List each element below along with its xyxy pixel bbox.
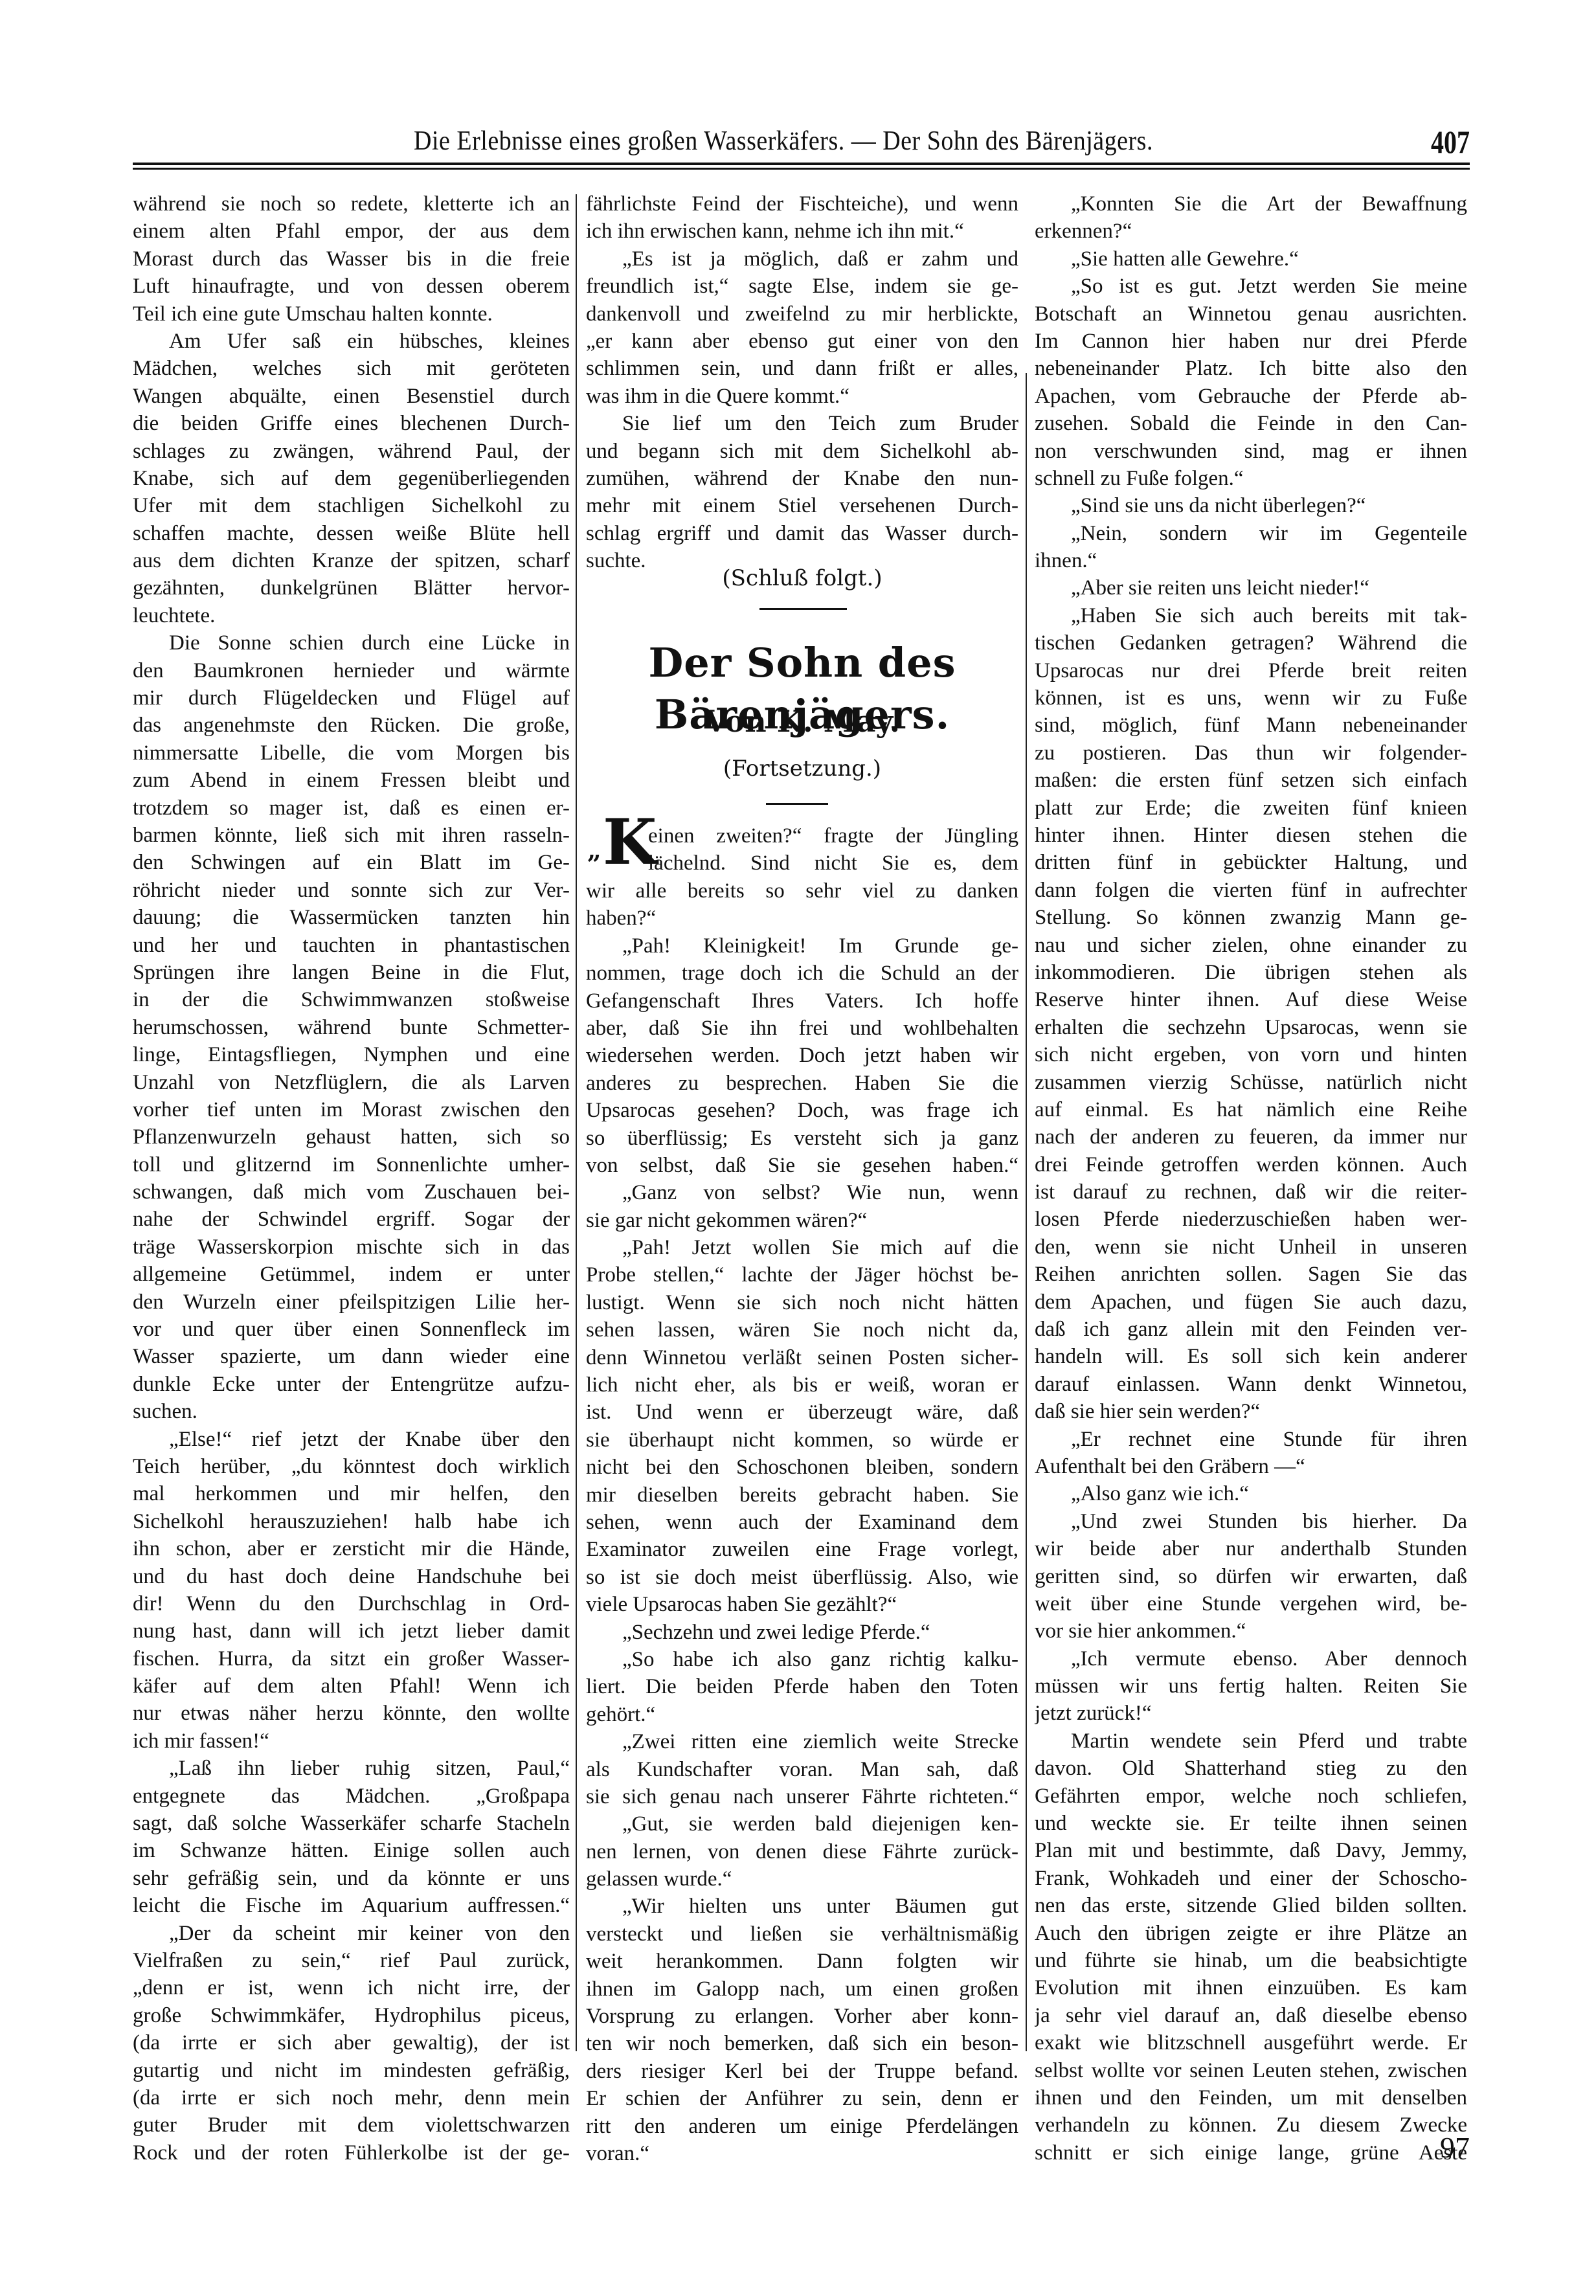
text-line: nach der anderen zu feueren, da immer nu… <box>1035 1123 1467 1151</box>
text-line: Pflanzenwurzeln gehaust hatten, sich so <box>133 1123 570 1151</box>
text-line: (da irrte er sich aber gewaltig), der is… <box>133 2029 570 2056</box>
text-line: liert. Die beiden Pferde haben den Toten <box>586 1673 1018 1700</box>
text-line: allgemeine Getümmel, indem er unter <box>133 1261 570 1288</box>
text-line: selbst wollte vor seinen Leuten stehen, … <box>1035 2057 1467 2084</box>
text-line: Gefangenschaft Ihres Vaters. Ich hoffe <box>586 987 1018 1015</box>
text-line: käfer auf dem alten Pfahl! Wenn ich <box>133 1672 570 1700</box>
text-line: „So ist es gut. Jetzt werden Sie meine <box>1035 273 1467 300</box>
text-line: inkommodieren. Die übrigen stehen als <box>1035 959 1467 986</box>
text-line: ihnen.“ <box>1035 547 1467 574</box>
text-line: röhricht nieder und sonnte sich zur Ver- <box>133 877 570 904</box>
text-line: den Schwingen auf ein Blatt im Ge- <box>133 849 570 876</box>
text-line: lustigt. Wenn sie sich noch nicht hätten <box>586 1289 1018 1316</box>
text-line: sich nicht ergeben, von vorn und hinten <box>1035 1041 1467 1068</box>
text-line: Die Sonne schien durch eine Lücke in <box>133 629 570 657</box>
text-line: ritt den anderen um einige Pferdelängen <box>586 2113 1018 2140</box>
sheet-number: 97 <box>1440 2130 1470 2165</box>
text-line: „Sind sie uns da nicht überlegen?“ <box>1035 492 1467 519</box>
text-line: in der die Schwimmwanzen stoßweise <box>133 986 570 1013</box>
text-line: sehr gefräßig sein, und da könnte er uns <box>133 1865 570 1892</box>
text-line: fischen. Hurra, da sitzt ein großer Wass… <box>133 1645 570 1672</box>
text-line: dir! Wenn du den Durchschlag in Ord- <box>133 1590 570 1617</box>
text-line: leicht die Fische im Aquarium auffressen… <box>133 1892 570 1919</box>
text-line: Knabe, sich auf dem gegenüberliegenden <box>133 465 570 492</box>
text-line: „denn er ist, wenn ich nicht irre, der <box>133 1974 570 2001</box>
text-line: anderes zu besprechen. Haben Sie die <box>586 1070 1018 1097</box>
text-line: Er schien der Anführer zu sein, denn er <box>586 2085 1018 2112</box>
text-line: schlag ergriff und damit das Wasser durc… <box>586 520 1018 547</box>
text-line: Botschaft an Winnetou genau ausrichten. <box>1035 300 1467 328</box>
text-line: und her und tauchten in phantastischen <box>133 932 570 959</box>
text-line: Wangen abquälte, einen Besenstiel durch <box>133 383 570 410</box>
text-line: ihnen im Galopp nach, um einen großen <box>586 1975 1018 2003</box>
text-line: daß sie hier sein werden?“ <box>1035 1398 1467 1425</box>
text-line: „Nein, sondern wir im Gegenteile <box>1035 520 1467 547</box>
title-rule <box>766 803 828 805</box>
text-line: „Aber sie reiten uns leicht nieder!“ <box>1035 574 1467 602</box>
text-line: „Der da scheint mir keiner von den <box>133 1920 570 1947</box>
text-line: toll und glitzernd im Sonnenlichte umher… <box>133 1151 570 1178</box>
text-line: schlimmen sein, und dann frißt er alles, <box>586 355 1018 382</box>
text-line: sind, möglich, fünf Mann nebeneinander <box>1035 712 1467 739</box>
text-line: ja sehr viel darauf an, daß dieselbe ebe… <box>1035 2002 1467 2029</box>
text-line: leuchtete. <box>133 602 570 629</box>
text-line: dankenvoll und zweifelnd zu mir herblick… <box>586 300 1018 328</box>
column-3: „Konnten Sie die Art der Bewaffnungerken… <box>1035 190 1467 2167</box>
text-line: „Konnten Sie die Art der Bewaffnung <box>1035 190 1467 218</box>
text-line: schnell zu Fuße folgen.“ <box>1035 465 1467 492</box>
text-line: im Schwanze hätten. Einige sollen auch <box>133 1837 570 1864</box>
text-line: Upsarocas nur drei Pferde breit reiten <box>1035 657 1467 684</box>
header-rule-top <box>133 163 1470 165</box>
text-line: schnitt er sich einige lange, grüne Aest… <box>1035 2139 1467 2167</box>
text-line: gelassen wurde.“ <box>586 1865 1018 1893</box>
text-line: verhandeln zu können. Zu diesem Zwecke <box>1035 2111 1467 2139</box>
text-line: sie überhaupt nicht kommen, so würde er <box>586 1426 1018 1454</box>
text-line: zum Abend in einem Fressen bleibt und <box>133 767 570 794</box>
text-line: Upsarocas gesehen? Doch, was frage ich <box>586 1097 1018 1124</box>
text-line: dann folgen die vierten fünf in aufrecht… <box>1035 877 1467 904</box>
text-line: mehr mit einem Stiel versehenen Durch- <box>586 492 1018 519</box>
text-line: ist darauf zu rechnen, daß wir die reite… <box>1035 1178 1467 1206</box>
text-line: einen zweiten?“ fragte der Jüngling <box>648 822 1018 850</box>
text-line: „Else!“ rief jetzt der Knabe über den <box>133 1426 570 1453</box>
text-line: ich mir fassen!“ <box>133 1728 570 1755</box>
text-line: freundlich ist,“ sagte Else, indem sie g… <box>586 273 1018 300</box>
text-line: weit über eine Stunde vergehen wird, be- <box>1035 1590 1467 1617</box>
text-line: Plan mit und bestimmte, daß Davy, Jemmy, <box>1035 1837 1467 1864</box>
column-divider-2 <box>1026 373 1027 2051</box>
text-line: davon. Old Shatterhand stieg zu den <box>1035 1755 1467 1782</box>
text-line: „Sechzehn und zwei ledige Pferde.“ <box>586 1619 1018 1646</box>
text-line: handeln will. Es soll sich kein anderer <box>1035 1343 1467 1370</box>
text-line: suchen. <box>133 1398 570 1425</box>
text-line: nimmersatte Libelle, die vom Morgen bis <box>133 739 570 767</box>
text-line: platt zur Erde; die zweiten fünf knieen <box>1035 794 1467 822</box>
text-line: nommen, trage doch ich die Schuld an der <box>586 960 1018 987</box>
text-line: Martin wendete sein Pferd und trabte <box>1035 1728 1467 1755</box>
text-line: sie gar nicht gekommen wären?“ <box>586 1207 1018 1234</box>
text-line: exakt wie blitzschnell ausgeführt werde.… <box>1035 2029 1467 2056</box>
text-line: ten wir noch bemerken, daß sich ein beso… <box>586 2030 1018 2057</box>
column-2-story-body: wir alle bereits so sehr viel zu dankenh… <box>586 877 1018 2167</box>
text-line: wir beide aber nur anderthalb Stunden <box>1035 1535 1467 1562</box>
text-line: fährlichste Feind der Fischteiche), und … <box>586 190 1018 218</box>
text-line: Auch den übrigen zeigte er ihre Plätze a… <box>1035 1920 1467 1947</box>
text-line: zusehen. Sobald die Feinde in den Can- <box>1035 410 1467 437</box>
text-line: mir dieselben bereits gebracht haben. Si… <box>586 1481 1018 1509</box>
text-line: dem Apachen, und fügen Sie auch dazu, <box>1035 1289 1467 1316</box>
running-header-title: Die Erlebnisse eines großen Wasserkäfers… <box>272 126 1295 161</box>
text-line: was ihm in die Quere kommt.“ <box>586 383 1018 410</box>
text-line: den, wenn sie nicht Unheil in unseren <box>1035 1233 1467 1261</box>
text-line: dunkle Ecke unter der Entengrütze aufzu- <box>133 1371 570 1398</box>
text-line: gehört.“ <box>586 1701 1018 1728</box>
text-line: „Sie hatten alle Gewehre.“ <box>1035 245 1467 273</box>
text-line: Am Ufer saß ein hübsches, kleines <box>133 328 570 355</box>
text-line: geritten sind, so dürfen wir erwarten, d… <box>1035 1563 1467 1590</box>
text-line: weit herankommen. Dann folgten wir <box>586 1948 1018 1975</box>
text-line: erkennen?“ <box>1035 218 1467 245</box>
text-line: Frank, Wohkadeh und einer der Schoscho- <box>1035 1865 1467 1892</box>
text-line: und du hast doch deine Handschuhe bei <box>133 1563 570 1590</box>
text-line: und weckte sie. Er teilte ihnen seinen <box>1035 1810 1467 1837</box>
text-line: Im Cannon hier haben nur drei Pferde <box>1035 328 1467 355</box>
text-line: voran.“ <box>586 2140 1018 2167</box>
text-line: „Ganz von selbst? Wie nun, wenn <box>586 1179 1018 1206</box>
text-line: Aufenthalt bei den Gräbern —“ <box>1035 1453 1467 1480</box>
byline: Von K. May. <box>586 702 1018 741</box>
text-line: Examinator zuweilen eine Frage vorlegt, <box>586 1536 1018 1563</box>
text-line: „Wir hielten uns unter Bäumen gut <box>586 1893 1018 1920</box>
text-line: ist. Und wenn er überzeugt wäre, daß <box>586 1399 1018 1426</box>
text-line: drei Feinde getroffen werden können. Auc… <box>1035 1151 1467 1178</box>
text-line: „Es ist ja möglich, daß er zahm und <box>586 245 1018 273</box>
text-line: Evolution mit ihnen einzuüben. Es kam <box>1035 1974 1467 2001</box>
text-line: können, ist es uns, wenn wir zu Fuße <box>1035 684 1467 712</box>
text-line: Stellung. So können zwanzig Mann ge- <box>1035 904 1467 931</box>
text-line: Unzahl von Netzflüglern, die als Larven <box>133 1069 570 1096</box>
text-line: „er kann aber ebenso gut einer von den <box>586 328 1018 355</box>
text-line: daß ich ganz allein mit den Feinden ver- <box>1035 1316 1467 1343</box>
text-line: „Ich vermute ebenso. Aber dennoch <box>1035 1645 1467 1672</box>
text-line: zusammen vierzig Schüsse, natürlich nich… <box>1035 1069 1467 1096</box>
article-title: Der Sohn des Bärenjägers. <box>586 637 1018 689</box>
text-line: Reihen anrichten sollen. Sagen Sie das <box>1035 1261 1467 1288</box>
text-line: „Gut, sie werden bald diejenigen ken- <box>586 1810 1018 1838</box>
text-line: non verschwunden sind, mag er ihnen <box>1035 438 1467 465</box>
text-line: das angenehmste den Rücken. Die große, <box>133 712 570 739</box>
separator-rule <box>759 608 847 610</box>
text-line: die beiden Griffe eines blechenen Durch- <box>133 410 570 437</box>
text-line: Gefährten empor, welche noch schliefen, <box>1035 1783 1467 1810</box>
text-line: und begann sich mit dem Sichelkohl ab- <box>586 438 1018 465</box>
text-line: Probe stellen,“ lachte der Jäger höchst … <box>586 1261 1018 1289</box>
text-line: einem alten Pfahl empor, der aus dem <box>133 218 570 245</box>
text-line: Rock und der roten Fühlerkolbe ist der g… <box>133 2139 570 2167</box>
text-line: viele Upsarocas haben Sie gezählt?“ <box>586 1591 1018 1618</box>
text-line: ders riesiger Kerl bei der Truppe befand… <box>586 2058 1018 2085</box>
text-line: barmen könnte, ließ sich mit ihren rasse… <box>133 822 570 849</box>
text-line: so ist sie doch meist überflüssig. Also,… <box>586 1564 1018 1591</box>
text-line: gutartig und nicht im mindesten gefräßig… <box>133 2057 570 2084</box>
text-line: wir alle bereits so sehr viel zu danken <box>586 877 1018 905</box>
column-1: während sie noch so redete, kletterte ic… <box>133 190 570 2167</box>
text-line: aber, daß Sie ihn frei und wohlbehalten <box>586 1015 1018 1042</box>
text-line: wiedersehen werden. Doch jetzt haben wir <box>586 1042 1018 1069</box>
text-line: „Haben Sie sich auch bereits mit tak- <box>1035 602 1467 629</box>
column-divider-1 <box>576 194 577 2051</box>
text-line: „Pah! Jetzt wollen Sie mich auf die <box>586 1234 1018 1261</box>
text-line: als Kundschafter voran. Man sah, daß <box>586 1756 1018 1783</box>
text-line: Sprüngen ihre langen Beine in die Flut, <box>133 959 570 986</box>
text-line: nur etwas näher herzu könnte, den wollte <box>133 1700 570 1727</box>
text-line: schwangen, daß mich vom Zuschauen bei- <box>133 1178 570 1206</box>
text-line: herumschossen, während bunte Schmetter- <box>133 1014 570 1041</box>
text-line: ihnen und den Feinden, um mit denselben <box>1035 2084 1467 2111</box>
text-line: Sie lief um den Teich zum Bruder <box>586 410 1018 437</box>
text-line: „Also ganz wie ich.“ <box>1035 1480 1467 1507</box>
text-line: linge, Eintagsfliegen, Nymphen und eine <box>133 1041 570 1068</box>
text-line: trotzdem so mager ist, daß es einen er- <box>133 794 570 822</box>
text-line: nung hast, dann will ich jetzt lieber da… <box>133 1617 570 1645</box>
text-line: lich nicht eher, als bis er weiß, woran … <box>586 1371 1018 1399</box>
text-line: guter Bruder mit dem violettschwarzen <box>133 2111 570 2139</box>
page-number: 407 <box>1431 123 1470 161</box>
text-line: sagt, daß solche Wasserkäfer scharfe Sta… <box>133 1810 570 1837</box>
text-line: entgegnete das Mädchen. „Großpapa <box>133 1783 570 1810</box>
text-line: hinter ihnen. Hinter diesen stehen die <box>1035 822 1467 849</box>
text-line: von selbst, daß Sie sie gesehen haben.“ <box>586 1152 1018 1179</box>
text-line: sie sich genau nach unserer Fährte richt… <box>586 1783 1018 1810</box>
drop-cap-lines: einen zweiten?“ fragte der Jünglingläche… <box>648 822 1018 877</box>
column-2-story-end: fährlichste Feind der Fischteiche), und … <box>586 190 1018 574</box>
text-line: zumühen, während der Knabe den nun- <box>586 465 1018 492</box>
text-line: Apachen, vom Gebrauche der Pferde ab- <box>1035 383 1467 410</box>
text-line: große Schwimmkäfer, Hydrophilus piceus, <box>133 2002 570 2029</box>
text-line: mal herkommen und mir helfen, den <box>133 1480 570 1507</box>
text-line: losen Pferde niederzuschießen haben wer- <box>1035 1206 1467 1233</box>
opening-quote: „ <box>587 821 601 879</box>
text-line: tischen Gedanken getragen? Während die <box>1035 629 1467 657</box>
text-line: „Zwei ritten eine ziemlich weite Strecke <box>586 1728 1018 1755</box>
text-line: „Laß ihn lieber ruhig sitzen, Paul,“ <box>133 1755 570 1782</box>
text-line: träge Wasserskorpion mischte sich in das <box>133 1233 570 1261</box>
text-line: „Er rechnet eine Stunde für ihren <box>1035 1426 1467 1453</box>
text-line: ich ihn erwischen kann, nehme ich ihn mi… <box>586 218 1018 245</box>
text-line: zu postieren. Das thun wir folgender- <box>1035 739 1467 767</box>
text-line: den Baumkronen hernieder und wärmte <box>133 657 570 684</box>
text-line: haben?“ <box>586 905 1018 932</box>
text-line: sehen, wenn auch der Examinand dem <box>586 1509 1018 1536</box>
text-line: Vielfraßen zu sein,“ rief Paul zurück, <box>133 1947 570 1974</box>
text-line: nau und sicher zielen, ohne einander zu <box>1035 932 1467 959</box>
text-line: denn Winnetou verläßt seinen Posten sich… <box>586 1344 1018 1371</box>
text-line: „Und zwei Stunden bis hierher. Da <box>1035 1508 1467 1535</box>
text-line: sehen lassen, wären Sie noch nicht da, <box>586 1316 1018 1344</box>
text-line: „Pah! Kleinigkeit! Im Grunde ge- <box>586 932 1018 960</box>
text-line: müssen wir uns fertig halten. Reiten Sie <box>1035 1672 1467 1700</box>
text-line: ihn schon, aber er zersticht mir die Hän… <box>133 1535 570 1562</box>
text-line: den Wurzeln einer pfeilspitzigen Lilie h… <box>133 1289 570 1316</box>
text-line: dritten fünf in gebückter Haltung, und <box>1035 849 1467 876</box>
text-line: und führte sie hinab, um die beabsichtig… <box>1035 1947 1467 1974</box>
text-line: dauung; die Wassermücken tanzten hin <box>133 904 570 931</box>
text-line: vor sie hier ankommen.“ <box>1035 1617 1467 1645</box>
text-line: schlages zu zwängen, während Paul, der <box>133 438 570 465</box>
text-line: nicht bei den Schoschonen bleiben, sonde… <box>586 1454 1018 1481</box>
text-line: maßen: die ersten fünf setzen sich einfa… <box>1035 767 1467 794</box>
text-line: jetzt zurück!“ <box>1035 1700 1467 1727</box>
column-2: fährlichste Feind der Fischteiche), und … <box>586 190 1018 2068</box>
text-line: „So habe ich also ganz richtig kalku- <box>586 1646 1018 1673</box>
text-line: nen lernen, von denen diese Fährte zurüc… <box>586 1838 1018 1865</box>
text-line: Sichelkohl herauszuziehen! halb habe ich <box>133 1508 570 1535</box>
end-note: (Schluß folgt.) <box>586 562 1018 594</box>
text-line: Luft hinaufragte, und von dessen oberem <box>133 273 570 300</box>
text-line: Reserve hinter ihnen. Auf diese Weise <box>1035 986 1467 1013</box>
text-line: während sie noch so redete, kletterte ic… <box>133 190 570 218</box>
text-line: Teich herüber, „du könntest doch wirklic… <box>133 1453 570 1480</box>
text-line: lächelnd. Sind nicht Sie es, dem <box>648 850 1018 877</box>
text-line: nahe der Schwindel ergriff. Sogar der <box>133 1206 570 1233</box>
text-line: schaffen machte, dessen weiße Blüte hell <box>133 520 570 547</box>
text-line: Morast durch das Wasser bis in die freie <box>133 245 570 273</box>
text-line: auf einmal. Es hat nämlich eine Reihe <box>1035 1096 1467 1123</box>
text-line: aus dem dichten Kranze der spitzen, scha… <box>133 547 570 574</box>
text-line: gezähnten, dunkelgrünen Blätter hervor- <box>133 574 570 602</box>
text-line: Vorsprung zu erlangen. Vorher aber konn- <box>586 2003 1018 2030</box>
text-line: Mädchen, welches sich mit geröteten <box>133 355 570 382</box>
text-line: versteckt und ließen sie verhältnismäßig <box>586 1920 1018 1948</box>
text-line: nen das erste, sitzende Glied bilden sol… <box>1035 1892 1467 1919</box>
text-line: vorher tief unten im Morast zwischen den <box>133 1096 570 1123</box>
text-line: darauf einlassen. Wann denkt Winnetou, <box>1035 1371 1467 1398</box>
text-line: (da irrte er sich noch mehr, denn mein <box>133 2084 570 2111</box>
text-line: erhalten die sechzehn Upsarocas, wenn si… <box>1035 1014 1467 1041</box>
text-line: Wasser spazierte, um dann wieder eine <box>133 1343 570 1370</box>
text-line: Teil ich eine gute Umschau halten konnte… <box>133 300 570 328</box>
text-line: Ufer mit dem stachligen Sichelkohl zu <box>133 492 570 519</box>
text-line: vor und quer über einen Sonnenfleck im <box>133 1316 570 1343</box>
text-line: nebeneinander Platz. Ich bitte also den <box>1035 355 1467 382</box>
header-rule-bottom <box>133 168 1470 170</box>
text-line: mir durch Flügeldecken und Flügel auf <box>133 684 570 712</box>
continuation-note: (Fortsetzung.) <box>586 752 1018 785</box>
text-line: so überflüssig; Es versteht sich ja ganz <box>586 1125 1018 1152</box>
